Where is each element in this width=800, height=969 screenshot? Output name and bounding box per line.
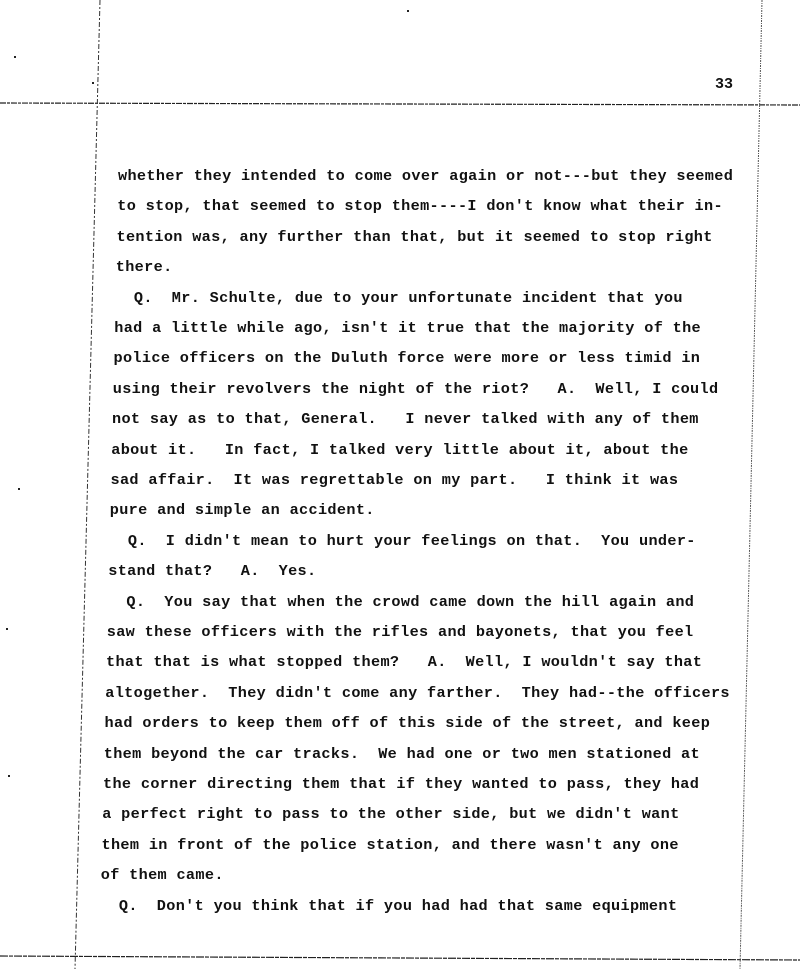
transcript-line: to stop, that seemed to stop them----I d… <box>117 197 723 215</box>
transcript-line: not say as to that, General. I never tal… <box>112 410 699 428</box>
page-number: 33 <box>715 76 733 93</box>
transcript-line: had a little while ago, isn't it true th… <box>114 319 701 337</box>
transcript-line: police officers on the Duluth force were… <box>114 349 701 367</box>
transcript-line: had orders to keep them off of this side… <box>105 714 711 732</box>
transcript-line: about it. In fact, I talked very little … <box>111 441 688 459</box>
transcript-line: pure and simple an accident. <box>110 501 375 519</box>
scanned-transcript-page: 33 whether they intended to come over ag… <box>0 0 800 969</box>
scan-speck <box>14 56 16 58</box>
transcript-line: there. <box>116 258 173 276</box>
transcript-line: Q. You say that when the crowd came down… <box>108 593 695 611</box>
transcript-line: Q. Mr. Schulte, due to your unfortunate … <box>115 289 683 307</box>
transcript-line: stand that? A. Yes. <box>108 562 316 580</box>
transcript-line: them in front of the police station, and… <box>102 836 679 854</box>
transcript-line: Q. I didn't mean to hurt your feelings o… <box>109 532 696 550</box>
transcript-line: altogether. They didn't come any farther… <box>105 684 730 702</box>
transcript-line: sad affair. It was regrettable on my par… <box>111 471 679 489</box>
transcript-line: a perfect right to pass to the other sid… <box>102 805 679 823</box>
transcript-line: using their revolvers the night of the r… <box>113 380 719 398</box>
transcript-line: saw these officers with the rifles and b… <box>107 623 694 641</box>
transcript-line: them beyond the car tracks. We had one o… <box>104 745 700 763</box>
scan-speck <box>92 82 94 84</box>
transcript-line: of them came. <box>101 866 224 884</box>
transcript-line: whether they intended to come over again… <box>118 167 733 185</box>
scan-speck <box>8 775 10 777</box>
transcript-line: Q. Don't you think that if you had had t… <box>100 897 677 915</box>
scan-speck <box>6 628 8 630</box>
transcript-line: the corner directing them that if they w… <box>103 775 699 793</box>
transcript-line: that that is what stopped them? A. Well,… <box>106 653 702 671</box>
scan-speck <box>18 488 20 490</box>
transcript-line: tention was, any further than that, but … <box>117 228 713 246</box>
scan-speck <box>407 10 409 12</box>
